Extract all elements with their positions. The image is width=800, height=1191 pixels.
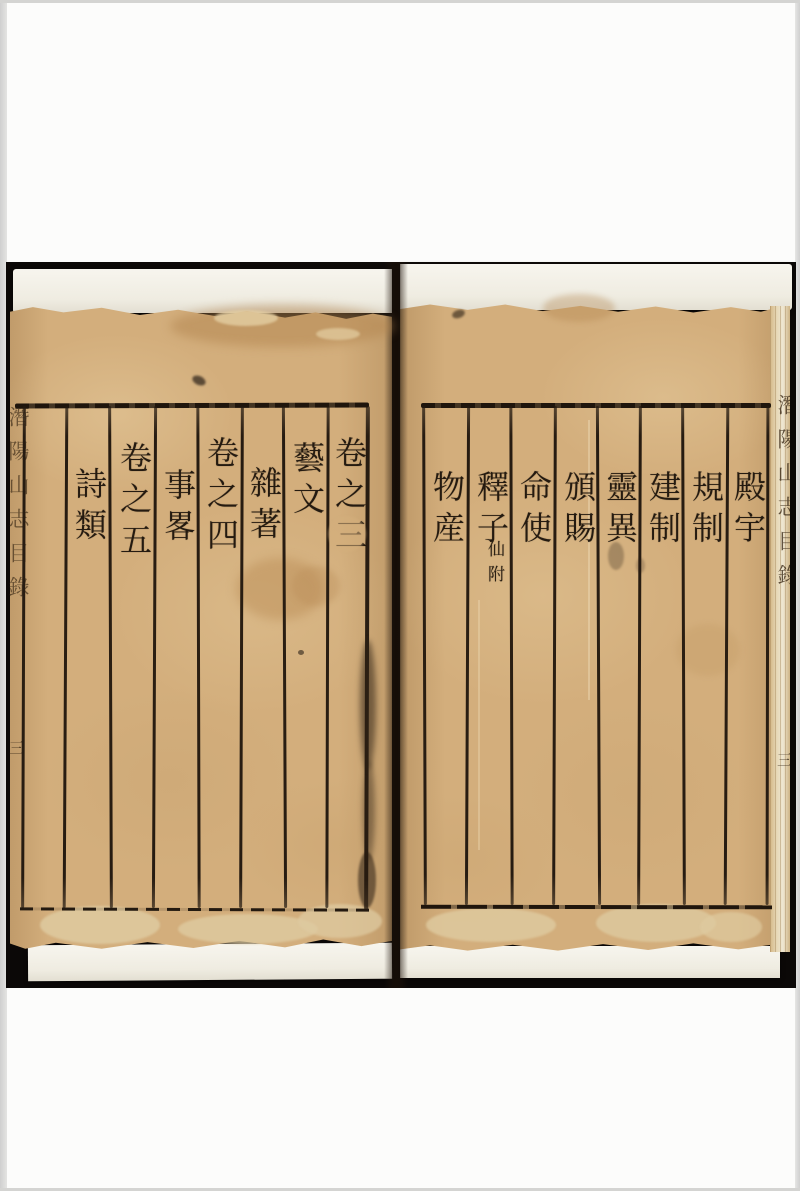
scanned-book-spread: { "document_kind": "woodblock-printed bo… [0, 0, 800, 1191]
toc-column-bansi: 頒賜 [557, 470, 594, 552]
torn-patch [40, 906, 160, 944]
torn-patch [596, 904, 716, 942]
torn-patch [316, 328, 360, 340]
page-edge-strip-bottom-left [28, 943, 392, 982]
toc-column-guizhi: 規制 [685, 470, 722, 552]
right-folio-number: 三 [776, 752, 790, 767]
ink-smudge [363, 760, 375, 860]
toc-annotation-xianfu: 仙附 [482, 540, 502, 590]
torn-patch [178, 914, 318, 944]
toc-column-yiwen: 藝文 [286, 441, 323, 523]
ink-speck [298, 650, 304, 655]
toc-column-wuchan: 物産 [426, 470, 463, 552]
left-page-paper [10, 296, 392, 950]
worn-ink-patch [328, 516, 366, 552]
stain [292, 566, 340, 606]
page-edge-strip-top-left [13, 269, 392, 313]
paper-crease [478, 600, 480, 850]
toc-column-volume-5: 卷之五 [113, 441, 150, 564]
toc-column-volume-4: 卷之四 [200, 436, 237, 559]
toc-column-dianyu: 殿宇 [727, 470, 764, 552]
toc-column-shilei: 詩類 [68, 467, 105, 549]
page-edge-strip-bottom-right [400, 946, 780, 978]
torn-patch [426, 908, 556, 942]
ink-smudge [358, 852, 376, 908]
toc-column-shilue: 事畧 [157, 468, 194, 550]
toc-column-jianzhi: 建制 [642, 470, 679, 552]
right-edge-title: 潛陽山志目錄 [773, 394, 790, 598]
stain [170, 305, 394, 347]
stain [676, 624, 740, 676]
right-fore-edge: 潛陽山志目錄 三 [770, 306, 790, 952]
torn-patch [214, 310, 278, 326]
ink-smudge [636, 558, 645, 573]
toc-column-lingyi: 靈異 [599, 470, 636, 552]
paper-crease [588, 420, 590, 700]
stain [543, 294, 615, 322]
toc-column-mingshi: 命使 [513, 470, 550, 552]
toc-column-zazhu: 雜著 [243, 466, 280, 548]
torn-patch [700, 912, 762, 942]
gutter-shadow [384, 262, 408, 988]
ink-smudge [360, 640, 376, 770]
right-grid-bottom-border [421, 905, 772, 910]
scanner-edge-top [0, 0, 800, 3]
